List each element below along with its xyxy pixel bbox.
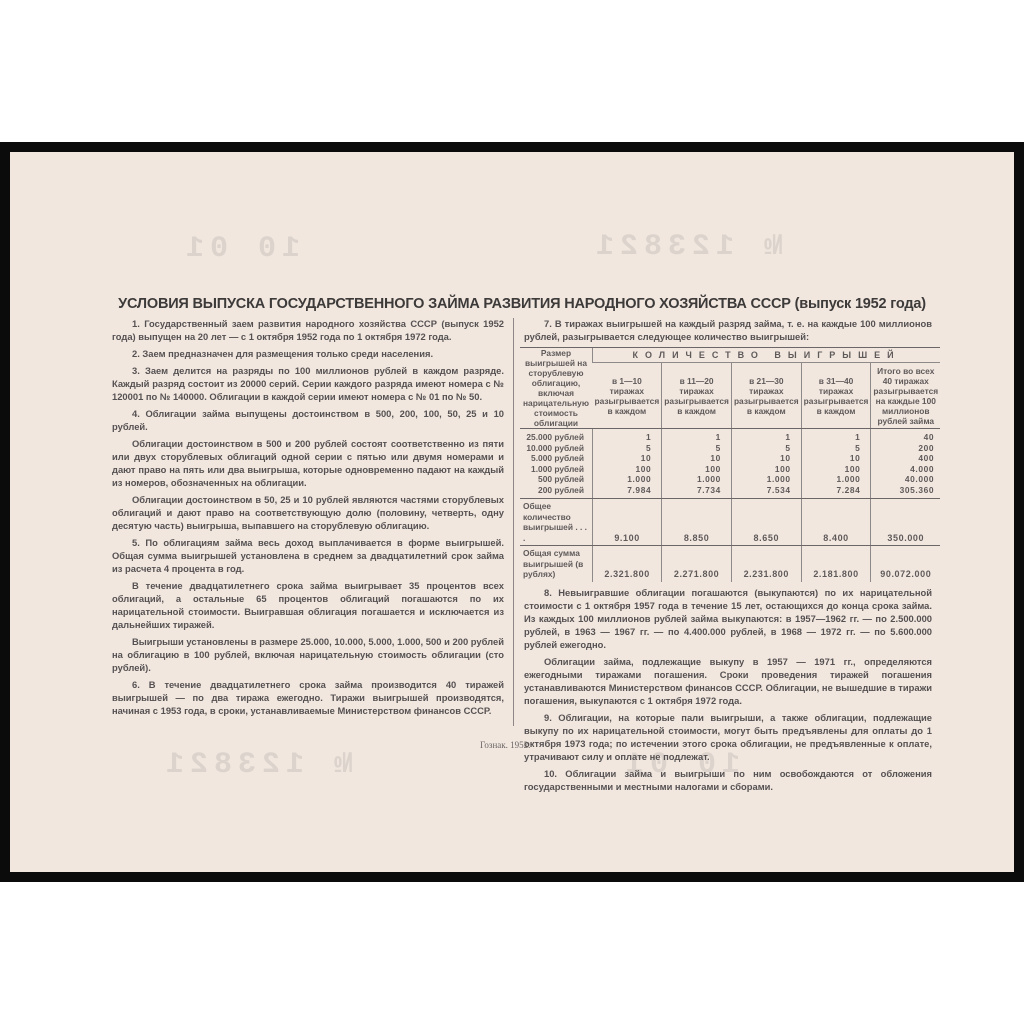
table-column-header: Итого во всех 40 тиражах разыгрывается н… [871, 363, 940, 429]
total-sum-row: Общая сумма выигрышей (в рублях)2.321.80… [520, 546, 940, 582]
table-cell: 7.984 [592, 485, 661, 499]
table-cell: 100 [592, 464, 661, 475]
table-cell: 5 [731, 443, 801, 454]
total-cell: 2.231.800 [731, 546, 801, 582]
table-cell: 1 [592, 429, 661, 443]
table-cell: 10 [592, 453, 661, 464]
table-cell: 400 [871, 453, 940, 464]
total-label: Общая сумма выигрышей (в рублях) [520, 546, 592, 582]
table-cell: 100 [801, 464, 871, 475]
clause-4-para-3: Облигации достоинством в 50, 25 и 10 руб… [112, 493, 504, 532]
total-cell: 350.000 [871, 499, 940, 546]
table-cell: 1.000 [801, 474, 871, 485]
prize-amount-label: 25.000 рублей [520, 429, 592, 443]
table-row: 25.000 рублей111140 [520, 429, 940, 443]
document-title: УСЛОВИЯ ВЫПУСКА ГОСУДАРСТВЕННОГО ЗАЙМА Р… [112, 296, 932, 312]
total-cell: 2.181.800 [801, 546, 871, 582]
table-row-header: Размер выигрышей на сторублевую облигаци… [520, 348, 592, 429]
table-row: 5.000 рублей10101010400 [520, 453, 940, 464]
table-column-header: в 11—20 тиражах разыгрывается в каждом [662, 363, 732, 429]
table-column-header: в 1—10 тиражах разыгрывается в каждом [592, 363, 661, 429]
table-cell: 10 [662, 453, 732, 464]
clause-5: 5. По облигациям займа весь доход выплач… [112, 536, 504, 575]
table-cell: 1.000 [662, 474, 732, 485]
clause-8-para-2: Облигации займа, подлежащие выкупу в 195… [524, 655, 932, 707]
table-cell: 10 [731, 453, 801, 464]
prize-amount-label: 5.000 рублей [520, 453, 592, 464]
table-row: 500 рублей1.0001.0001.0001.00040.000 [520, 474, 940, 485]
table-cell: 7.734 [662, 485, 732, 499]
total-cell: 90.072.000 [871, 546, 940, 582]
prize-amount-label: 500 рублей [520, 474, 592, 485]
clause-7: 7. В тиражах выигрышей на каждый разряд … [524, 317, 932, 343]
total-cell: 2.321.800 [592, 546, 661, 582]
total-cell: 8.650 [731, 499, 801, 546]
prize-amount-label: 200 рублей [520, 485, 592, 499]
table-cell: 4.000 [871, 464, 940, 475]
clause-3: 3. Заем делится на разряды по 100 миллио… [112, 364, 504, 403]
table-cell: 10 [801, 453, 871, 464]
clause-2: 2. Заем предназначен для размещения толь… [112, 347, 504, 360]
clause-4-para-2: Облигации достоинством в 500 и 200 рубле… [112, 437, 504, 489]
table-cell: 1.000 [731, 474, 801, 485]
printer-imprint: Гознак. 1952. [480, 740, 530, 750]
table-cell: 5 [662, 443, 732, 454]
table-cell: 7.534 [731, 485, 801, 499]
table-cell: 100 [662, 464, 732, 475]
table-cell: 40.000 [871, 474, 940, 485]
clause-9: 9. Облигации, на которые пали выигрыши, … [524, 711, 932, 763]
ghost-serial-bottom-left: № 123821 [160, 748, 352, 782]
table-group-header: КОЛИЧЕСТВО ВЫИГРЫШЕЙ [592, 348, 940, 363]
conditions-right-column: 7. В тиражах выигрышей на каждый разряд … [524, 317, 932, 797]
total-count-row: Общее количество выигрышей . . . .9.1008… [520, 499, 940, 546]
ghost-serial-top-right: № 123821 [590, 230, 782, 264]
prize-amount-label: 1.000 рублей [520, 464, 592, 475]
clause-4: 4. Облигации займа выпущены достоинством… [112, 407, 504, 433]
table-cell: 1 [731, 429, 801, 443]
table-cell: 5 [801, 443, 871, 454]
title-main: УСЛОВИЯ ВЫПУСКА ГОСУДАРСТВЕННОГО ЗАЙМА Р… [118, 296, 791, 312]
prize-amount-label: 10.000 рублей [520, 443, 592, 454]
clause-6: 6. В течение двадцатилетнего срока займа… [112, 678, 504, 717]
total-cell: 8.400 [801, 499, 871, 546]
table-column-header: в 21—30 тиражах разыгрывается в каждом [731, 363, 801, 429]
clause-1: 1. Государственный заем развития народно… [112, 317, 504, 343]
table-cell: 100 [731, 464, 801, 475]
column-divider [513, 318, 514, 726]
clause-10: 10. Облигации займа и выигрыши по ним ос… [524, 767, 932, 793]
table-cell: 1.000 [592, 474, 661, 485]
table-row: 10.000 рублей5555200 [520, 443, 940, 454]
clause-8: 8. Невыигравшие облигации погашаются (вы… [524, 586, 932, 651]
table-cell: 7.284 [801, 485, 871, 499]
table-cell: 40 [871, 429, 940, 443]
table-cell: 1 [662, 429, 732, 443]
ghost-series-top-left: 10 01 [180, 232, 300, 266]
conditions-left-column: 1. Государственный заем развития народно… [112, 317, 504, 721]
total-cell: 8.850 [662, 499, 732, 546]
table-row: 1.000 рублей1001001001004.000 [520, 464, 940, 475]
total-cell: 9.100 [592, 499, 661, 546]
table-cell: 5 [592, 443, 661, 454]
winnings-table: Размер выигрышей на сторублевую облигаци… [520, 347, 940, 582]
total-cell: 2.271.800 [662, 546, 732, 582]
table-cell: 1 [801, 429, 871, 443]
title-issue-year: (выпуск 1952 года) [795, 296, 926, 312]
total-label: Общее количество выигрышей . . . . [520, 499, 592, 546]
clause-5-para-2: В течение двадцатилетнего срока займа вы… [112, 579, 504, 631]
table-row: 200 рублей7.9847.7347.5347.284305.360 [520, 485, 940, 499]
table-cell: 305.360 [871, 485, 940, 499]
table-cell: 200 [871, 443, 940, 454]
clause-5-para-3: Выигрыши установлены в размере 25.000, 1… [112, 635, 504, 674]
table-column-header: в 31—40 тиражах разыгрывается в каждом [801, 363, 871, 429]
